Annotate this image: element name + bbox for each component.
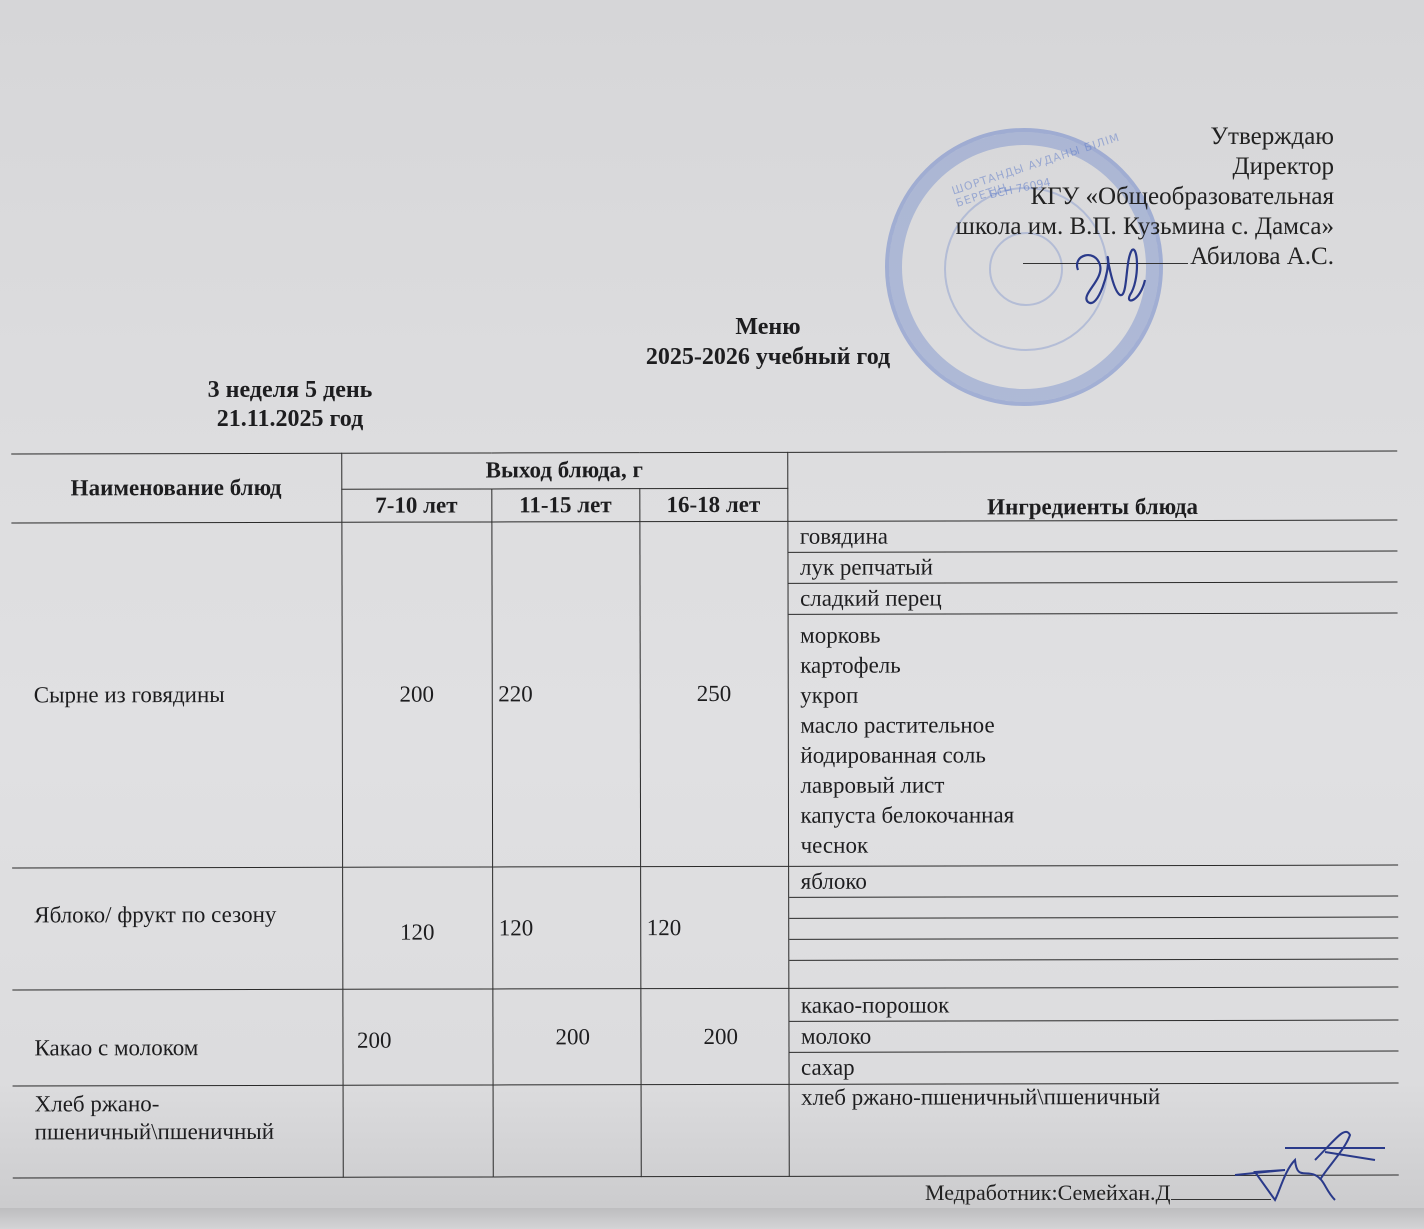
approval-position: Директор	[956, 152, 1334, 182]
ingredient: масло растительное	[788, 710, 1398, 741]
ingredient-blank-line	[789, 960, 1399, 981]
yield-16-18: 200	[640, 988, 788, 1084]
header-yield: Выход блюда, г	[341, 452, 787, 488]
menu-table: Наименование блюд Выход блюда, г Ингреди…	[11, 451, 1399, 1179]
medical-worker-label: Медработник:Семейхан.Д	[925, 1180, 1171, 1205]
ingredient: сладкий перец	[788, 583, 1398, 615]
medical-worker-signature-icon	[1225, 1130, 1395, 1205]
approval-org-line2: школа им. В.П. Кузьмина с. Дамса»	[956, 212, 1334, 242]
ingredient: говядина	[788, 521, 1398, 553]
yield-11-15: 220	[491, 522, 640, 867]
yield-7-10	[343, 1085, 493, 1177]
ingredients-cell: какао-порошок молоко сахар	[788, 987, 1398, 1084]
director-signature-icon	[1070, 240, 1160, 310]
ingredient: сахар	[789, 1052, 1399, 1083]
yield-16-18: 250	[639, 521, 788, 866]
menu-date: 21.11.2025 год	[160, 405, 420, 434]
dish-name: Хлеб ржано-пшеничный\пшеничный	[13, 1085, 343, 1178]
approval-org-line1: КГУ «Общеобразовательная	[956, 182, 1334, 212]
dish-name: Какао с молоком	[12, 989, 342, 1086]
ingredient: капуста белокочанная	[788, 800, 1398, 831]
yield-11-15: 200	[492, 989, 640, 1085]
menu-title: Меню 2025-2026 учебный год	[0, 312, 1424, 372]
ingredient: лавровый лист	[788, 770, 1398, 801]
ingredients-cell: яблоко	[788, 865, 1398, 988]
table-row: Сырне из говядины 200 220 250 говядина л…	[11, 520, 1398, 868]
yield-16-18	[641, 1084, 789, 1176]
yield-11-15	[493, 1085, 641, 1177]
ingredient: какао-порошок	[789, 988, 1399, 1022]
menu-title-heading: Меню	[56, 312, 1424, 342]
document-page: ШОРТАНДЫ АУДАНЫ БІЛІМ БЕРЕТІН БСН 76094 …	[0, 0, 1424, 1229]
approval-approve: Утверждаю	[956, 122, 1334, 152]
ingredient-blank-line	[789, 939, 1399, 961]
yield-11-15: 120	[492, 867, 640, 989]
table-row: Какао с молоком 200 200 200 какао-порошо…	[12, 987, 1398, 1086]
approval-signatory: Абилова А.С.	[1190, 243, 1334, 270]
ingredient: морковь	[788, 620, 1398, 651]
yield-16-18: 120	[640, 866, 788, 988]
table-row: Хлеб ржано-пшеничный\пшеничный хлеб ржан…	[13, 1083, 1399, 1178]
ingredient: йодированная соль	[788, 740, 1398, 771]
header-age-7-10: 7-10 лет	[341, 488, 491, 522]
ingredient: молоко	[789, 1021, 1399, 1053]
medical-worker-signature: Медработник:Семейхан.Д	[925, 1180, 1271, 1206]
header-ingredients: Ингредиенты блюда	[787, 451, 1397, 521]
dish-name: Сырне из говядины	[11, 522, 342, 868]
ingredient: лук репчатый	[788, 552, 1398, 584]
ingredient-blank-line	[789, 918, 1399, 940]
week-day-block: 3 неделя 5 день 21.11.2025 год	[160, 376, 420, 434]
table-row: Яблоко/ фрукт по сезону 120 120 120 ябло…	[12, 865, 1398, 990]
yield-7-10: 120	[342, 867, 492, 989]
dish-name: Яблоко/ фрукт по сезону	[12, 867, 342, 990]
ingredients-cell: говядина лук репчатый сладкий перец морк…	[787, 520, 1398, 866]
header-dish-name: Наименование блюд	[11, 453, 341, 523]
ingredient: укроп	[788, 680, 1398, 711]
ingredient: картофель	[788, 650, 1398, 681]
ingredient: чеснок	[789, 830, 1399, 861]
header-age-16-18: 16-18 лет	[639, 488, 787, 522]
ingredient-blank-line	[789, 897, 1399, 919]
week-day: 3 неделя 5 день	[160, 376, 420, 405]
yield-7-10: 200	[341, 522, 492, 867]
ingredient: яблоко	[789, 866, 1399, 898]
school-year: 2025-2026 учебный год	[56, 342, 1424, 372]
ingredient: хлеб ржано-пшеничный\пшеничный	[789, 1084, 1399, 1115]
header-age-11-15: 11-15 лет	[491, 488, 639, 522]
paper-fold	[0, 1208, 1424, 1229]
yield-7-10: 200	[342, 989, 492, 1085]
